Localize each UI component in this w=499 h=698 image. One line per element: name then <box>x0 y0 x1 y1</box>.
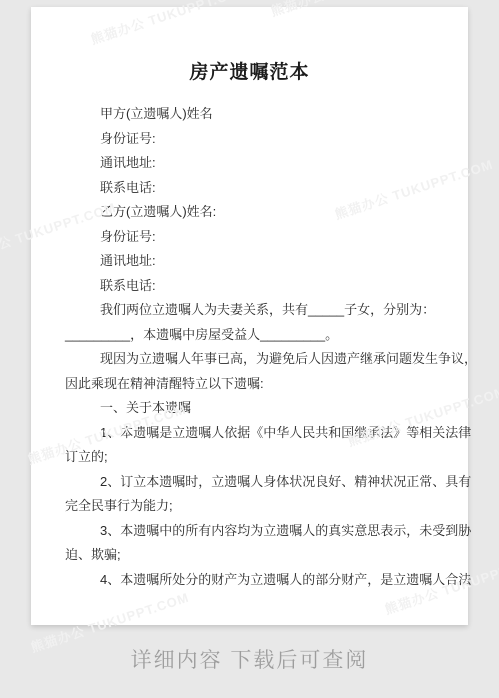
document-line: 联系电话: <box>65 274 440 299</box>
document-line: 通讯地址: <box>65 151 440 176</box>
document-line: 4、本遗嘱所处分的财产为立遗嘱人的部分财产，是立遗嘱人合法 <box>65 568 440 593</box>
document-page: 房产遗嘱范本 甲方(立遗嘱人)姓名 身份证号: 通讯地址: 联系电话: 乙方(立… <box>31 7 468 625</box>
document-line: 1、本遗嘱是立遗嘱人依据《中华人民共和国继承法》等相关法律 <box>65 421 440 446</box>
document-line: 乙方(立遗嘱人)姓名: <box>65 200 440 225</box>
document-line: 完全民事行为能力; <box>65 494 440 519</box>
document-title: 房产遗嘱范本 <box>31 7 468 84</box>
document-body: 甲方(立遗嘱人)姓名 身份证号: 通讯地址: 联系电话: 乙方(立遗嘱人)姓名:… <box>65 102 440 592</box>
document-line: 2、订立本遗嘱时，立遗嘱人身体状况良好、精神状况正常、具有 <box>65 470 440 495</box>
document-line: 身份证号: <box>65 127 440 152</box>
document-line: _________，本遗嘱中房屋受益人_________。 <box>65 323 440 348</box>
document-line: 一、关于本遗嘱 <box>65 396 440 421</box>
document-line: 通讯地址: <box>65 249 440 274</box>
document-line: 联系电话: <box>65 176 440 201</box>
document-line: 因此乘现在精神清醒特立以下遗嘱: <box>65 372 440 397</box>
document-line: 身份证号: <box>65 225 440 250</box>
document-line: 迫、欺骗; <box>65 543 440 568</box>
document-line: 3、本遗嘱中的所有内容均为立遗嘱人的真实意思表示，未受到胁 <box>65 519 440 544</box>
download-hint: 详细内容 下载后可查阅 <box>0 644 499 674</box>
document-line: 我们两位立遗嘱人为夫妻关系，共有_____子女，分别为： <box>65 298 440 323</box>
document-line: 甲方(立遗嘱人)姓名 <box>65 102 440 127</box>
document-line: 订立的; <box>65 445 440 470</box>
document-line: 现因为立遗嘱人年事已高，为避免后人因遗产继承问题发生争议， <box>65 347 440 372</box>
